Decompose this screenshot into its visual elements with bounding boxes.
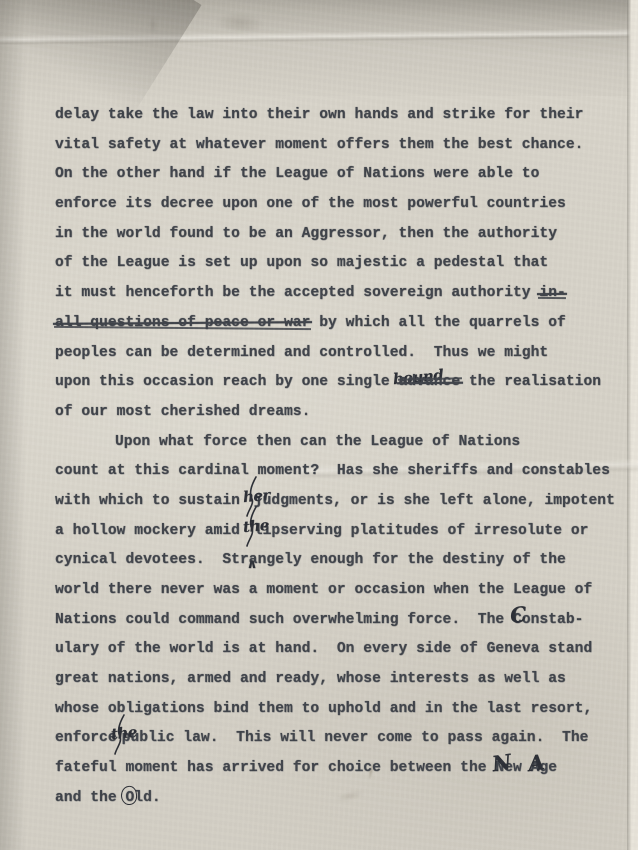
typed-line: a hollow mockery amid thelipserving plat… — [55, 517, 607, 547]
typed-line: vital safety at whatever moment offers t… — [55, 131, 607, 161]
typed-text: ld. — [134, 790, 160, 806]
struck-out-text: advance — [399, 368, 461, 398]
typed-text: great nations, armed and ready, whose in… — [55, 671, 566, 687]
typed-text: by which all the quarrels of — [310, 315, 565, 331]
typed-line: great nations, armed and ready, whose in… — [55, 665, 607, 695]
typed-text: upon this occasion reach by one single — [55, 374, 399, 390]
typed-text: world there never was a moment or occasi… — [55, 582, 592, 598]
typed-text: fateful moment has arrived for choice be… — [55, 760, 495, 776]
typed-text: On the other hand if the League of Natio… — [55, 166, 539, 182]
insertion-mark-icon — [249, 519, 254, 534]
typed-text: and the — [55, 790, 125, 806]
typed-text: lipserving platitudes of irresolute or — [254, 523, 589, 539]
typed-line: On the other hand if the League of Natio… — [55, 160, 607, 190]
typed-line: and the Old. — [55, 784, 607, 814]
typed-line: ulary of the world is at hand. On every … — [55, 635, 607, 665]
paper-smudge — [204, 6, 276, 41]
typed-text: count at this cardinal moment? Has she s… — [55, 463, 610, 479]
typed-text: judgments, or is she left alone, impoten… — [254, 493, 615, 509]
typed-text: cynical devotees. Str — [55, 552, 249, 568]
typed-text-block: delay take the law into their own hands … — [55, 101, 607, 814]
typed-line: it must henceforth be the accepted sover… — [55, 279, 607, 309]
typescript-page: delay take the law into their own hands … — [0, 0, 638, 850]
typed-line: fateful moment has arrived for choice be… — [55, 754, 607, 784]
typed-line: cynical devotees. Str∧angely enough for … — [55, 546, 607, 576]
typed-text: it must henceforth be the accepted sover… — [55, 285, 539, 301]
typed-text: public law. This will never come to pass… — [122, 730, 589, 746]
typed-line: of our most cherished dreams. — [55, 398, 607, 428]
insertion-mark-icon — [117, 727, 122, 742]
typed-text: of our most cherished dreams. — [55, 404, 310, 420]
typed-text: Nations could command such overwhelming … — [55, 612, 513, 628]
typed-text: peoples can be determined and controlled… — [55, 345, 548, 361]
typed-line: upon this occasion reach by one single b… — [55, 368, 607, 398]
typed-line: whose obligations bind them to uphold an… — [55, 695, 607, 725]
typed-line: peoples can be determined and controlled… — [55, 339, 607, 369]
typed-line: delay take the law into their own hands … — [55, 101, 607, 131]
struck-out-text: all questions of peace or war — [55, 309, 310, 339]
typed-line: Nations could command such overwhelming … — [55, 606, 607, 636]
typed-line: of the League is set up upon so majestic… — [55, 249, 607, 279]
typed-text: with which to sustain — [55, 493, 249, 509]
typed-text: enforce its decree upon one of the most … — [55, 196, 566, 212]
typed-text: delay take the law into their own hands … — [55, 107, 583, 123]
retraced-capital-letter: CC — [513, 606, 522, 636]
typed-text: vital safety at whatever moment offers t… — [55, 137, 583, 153]
typed-line: enforcethepublic law. This will never co… — [55, 724, 607, 754]
typed-line: with which to sustain herjudgments, or i… — [55, 487, 607, 517]
typed-text: a hollow mockery amid — [55, 523, 249, 539]
typed-text: angely enough for the destiny of the — [249, 552, 566, 568]
insertion-mark-icon — [249, 489, 254, 504]
struck-out-text: in- — [539, 279, 565, 309]
typed-line: in the world found to be an Aggressor, t… — [55, 220, 607, 250]
typed-text: ulary of the world is at hand. On every … — [55, 641, 592, 657]
paper-left-shadow — [0, 0, 26, 850]
retraced-capital-letter: NN — [495, 754, 504, 784]
paper-smudge — [148, 12, 158, 38]
typed-line: enforce its decree upon one of the most … — [55, 190, 607, 220]
typed-text: in the world found to be an Aggressor, t… — [55, 226, 557, 242]
circled-letter: O — [125, 784, 134, 814]
retraced-capital-letter: AA — [531, 754, 540, 784]
paper-right-edge — [627, 0, 638, 850]
typed-line: count at this cardinal moment? Has she s… — [55, 457, 607, 487]
typed-text: onstab- — [522, 612, 584, 628]
typed-line: all questions of peace or war by which a… — [55, 309, 607, 339]
typed-text: Upon what force then can the League of N… — [115, 434, 520, 450]
typed-text: enforce — [55, 730, 117, 746]
handwritten-overwrite: A — [526, 747, 546, 779]
typed-text: whose obligations bind them to uphold an… — [55, 701, 592, 717]
typed-text: the realisation — [460, 374, 601, 390]
typed-text: of the League is set up upon so majestic… — [55, 255, 548, 271]
typed-line: Upon what force then can the League of N… — [55, 428, 607, 458]
